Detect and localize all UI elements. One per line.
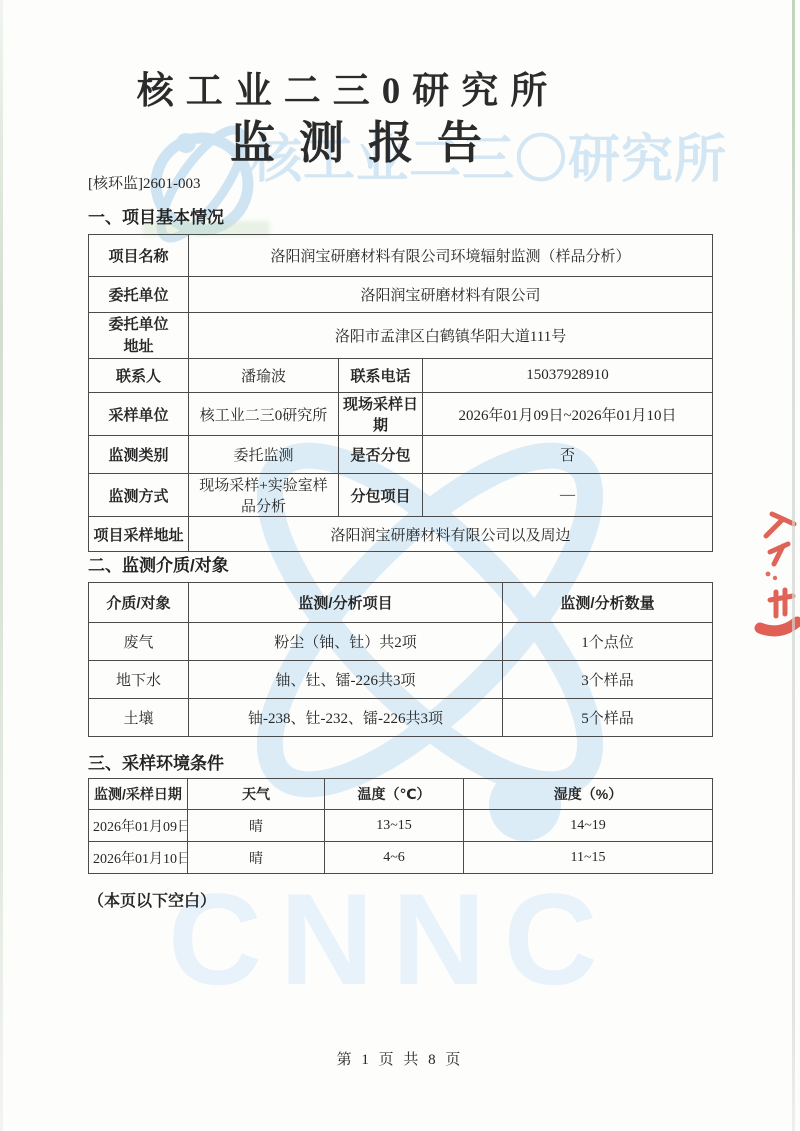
row-label: 联系电话 xyxy=(339,359,423,393)
table-header-row: 介质/对象 监测/分析项目 监测/分析数量 xyxy=(89,583,713,623)
date-cell: 2026年01月10日 xyxy=(89,842,188,874)
page-number: 第 1 页 共 8 页 xyxy=(0,1048,800,1069)
row-value: 现场采样+实验室样品分析 xyxy=(189,474,339,517)
scanned-report-page: { "report": { "institute_title": "核工业二三0… xyxy=(0,0,800,1131)
table-row: 委托单位 洛阳润宝研磨材料有限公司 xyxy=(89,277,713,313)
scan-edge-left xyxy=(0,0,3,1131)
section-heading-media: 二、监测介质/对象 xyxy=(88,551,229,576)
media-table: 介质/对象 监测/分析项目 监测/分析数量 废气 粉尘（铀、钍）共2项 1个点位… xyxy=(88,582,713,737)
table-header-row: 监测/采样日期 天气 温度（℃） 湿度（%） xyxy=(89,779,713,810)
weather-cell: 晴 xyxy=(188,842,325,874)
column-header: 温度（℃） xyxy=(325,779,464,810)
table-row: 监测方式 现场采样+实验室样品分析 分包项目 — xyxy=(89,474,713,517)
table-row: 废气 粉尘（铀、钍）共2项 1个点位 xyxy=(89,623,713,661)
basic-info-table: 项目名称 洛阳润宝研磨材料有限公司环境辐射监测（样品分析） 委托单位 洛阳润宝研… xyxy=(88,234,713,552)
row-label: 现场采样日期 xyxy=(339,393,423,436)
row-label: 联系人 xyxy=(89,359,189,393)
medium-cell: 土壤 xyxy=(89,699,189,737)
table-row: 采样单位 核工业二三0研究所 现场采样日期 2026年01月09日~2026年0… xyxy=(89,393,713,436)
table-row: 联系人 潘瑜波 联系电话 15037928910 xyxy=(89,359,713,393)
row-label: 项目名称 xyxy=(89,235,189,277)
column-header: 监测/分析数量 xyxy=(503,583,713,623)
table-row: 2026年01月09日 晴 13~15 14~19 xyxy=(89,810,713,842)
table-row: 地下水 铀、钍、镭-226共3项 3个样品 xyxy=(89,661,713,699)
count-cell: 5个样品 xyxy=(503,699,713,737)
section-heading-environment: 三、采样环境条件 xyxy=(88,749,224,774)
temperature-cell: 4~6 xyxy=(325,842,464,874)
row-label: 分包项目 xyxy=(339,474,423,517)
table-row: 监测类别 委托监测 是否分包 否 xyxy=(89,436,713,474)
items-cell: 铀、钍、镭-226共3项 xyxy=(189,661,503,699)
section-heading-basic-info: 一、项目基本情况 xyxy=(88,203,224,228)
row-value: 洛阳润宝研磨材料有限公司以及周边 xyxy=(189,517,713,552)
row-value: 洛阳润宝研磨材料有限公司 xyxy=(189,277,713,313)
row-label: 采样单位 xyxy=(89,393,189,436)
table-row: 委托单位地址 洛阳市孟津区白鹤镇华阳大道111号 xyxy=(89,313,713,359)
scan-edge-right xyxy=(792,0,795,1131)
count-cell: 1个点位 xyxy=(503,623,713,661)
row-value: 洛阳市孟津区白鹤镇华阳大道111号 xyxy=(189,313,713,359)
row-label-text: 委托单位地址 xyxy=(106,314,172,358)
items-cell: 粉尘（铀、钍）共2项 xyxy=(189,623,503,661)
row-label: 监测方式 xyxy=(89,474,189,517)
row-label: 项目采样地址 xyxy=(89,517,189,552)
row-value: 15037928910 xyxy=(423,359,713,393)
column-header: 监测/采样日期 xyxy=(89,779,188,810)
environment-table: 监测/采样日期 天气 温度（℃） 湿度（%） 2026年01月09日 晴 13~… xyxy=(88,778,713,874)
row-label: 监测类别 xyxy=(89,436,189,474)
items-cell: 铀-238、钍-232、镭-226共3项 xyxy=(189,699,503,737)
column-header: 监测/分析项目 xyxy=(189,583,503,623)
row-label: 是否分包 xyxy=(339,436,423,474)
column-header: 介质/对象 xyxy=(89,583,189,623)
report-title: 监测报告 xyxy=(78,106,658,171)
report-content: 核工业二三0研究所 监测报告 [核环监]2601-003 一、项目基本情况 项目… xyxy=(0,0,800,1131)
row-value: 2026年01月09日~2026年01月10日 xyxy=(423,393,713,436)
table-row: 项目名称 洛阳润宝研磨材料有限公司环境辐射监测（样品分析） xyxy=(89,235,713,277)
table-row: 项目采样地址 洛阳润宝研磨材料有限公司以及周边 xyxy=(89,517,713,552)
row-label: 委托单位 xyxy=(89,277,189,313)
doc-number: [核环监]2601-003 xyxy=(88,172,201,193)
temperature-cell: 13~15 xyxy=(325,810,464,842)
blank-page-note: （本页以下空白） xyxy=(88,888,216,911)
row-value: 否 xyxy=(423,436,713,474)
row-value: 洛阳润宝研磨材料有限公司环境辐射监测（样品分析） xyxy=(189,235,713,277)
column-header: 天气 xyxy=(188,779,325,810)
table-row: 2026年01月10日 晴 4~6 11~15 xyxy=(89,842,713,874)
medium-cell: 废气 xyxy=(89,623,189,661)
humidity-cell: 14~19 xyxy=(464,810,713,842)
weather-cell: 晴 xyxy=(188,810,325,842)
table-row: 土壤 铀-238、钍-232、镭-226共3项 5个样品 xyxy=(89,699,713,737)
row-value: 核工业二三0研究所 xyxy=(189,393,339,436)
row-value: — xyxy=(423,474,713,517)
humidity-cell: 11~15 xyxy=(464,842,713,874)
column-header: 湿度（%） xyxy=(464,779,713,810)
medium-cell: 地下水 xyxy=(89,661,189,699)
row-label: 委托单位地址 xyxy=(89,313,189,359)
count-cell: 3个样品 xyxy=(503,661,713,699)
date-cell: 2026年01月09日 xyxy=(89,810,188,842)
row-value: 委托监测 xyxy=(189,436,339,474)
row-value: 潘瑜波 xyxy=(189,359,339,393)
